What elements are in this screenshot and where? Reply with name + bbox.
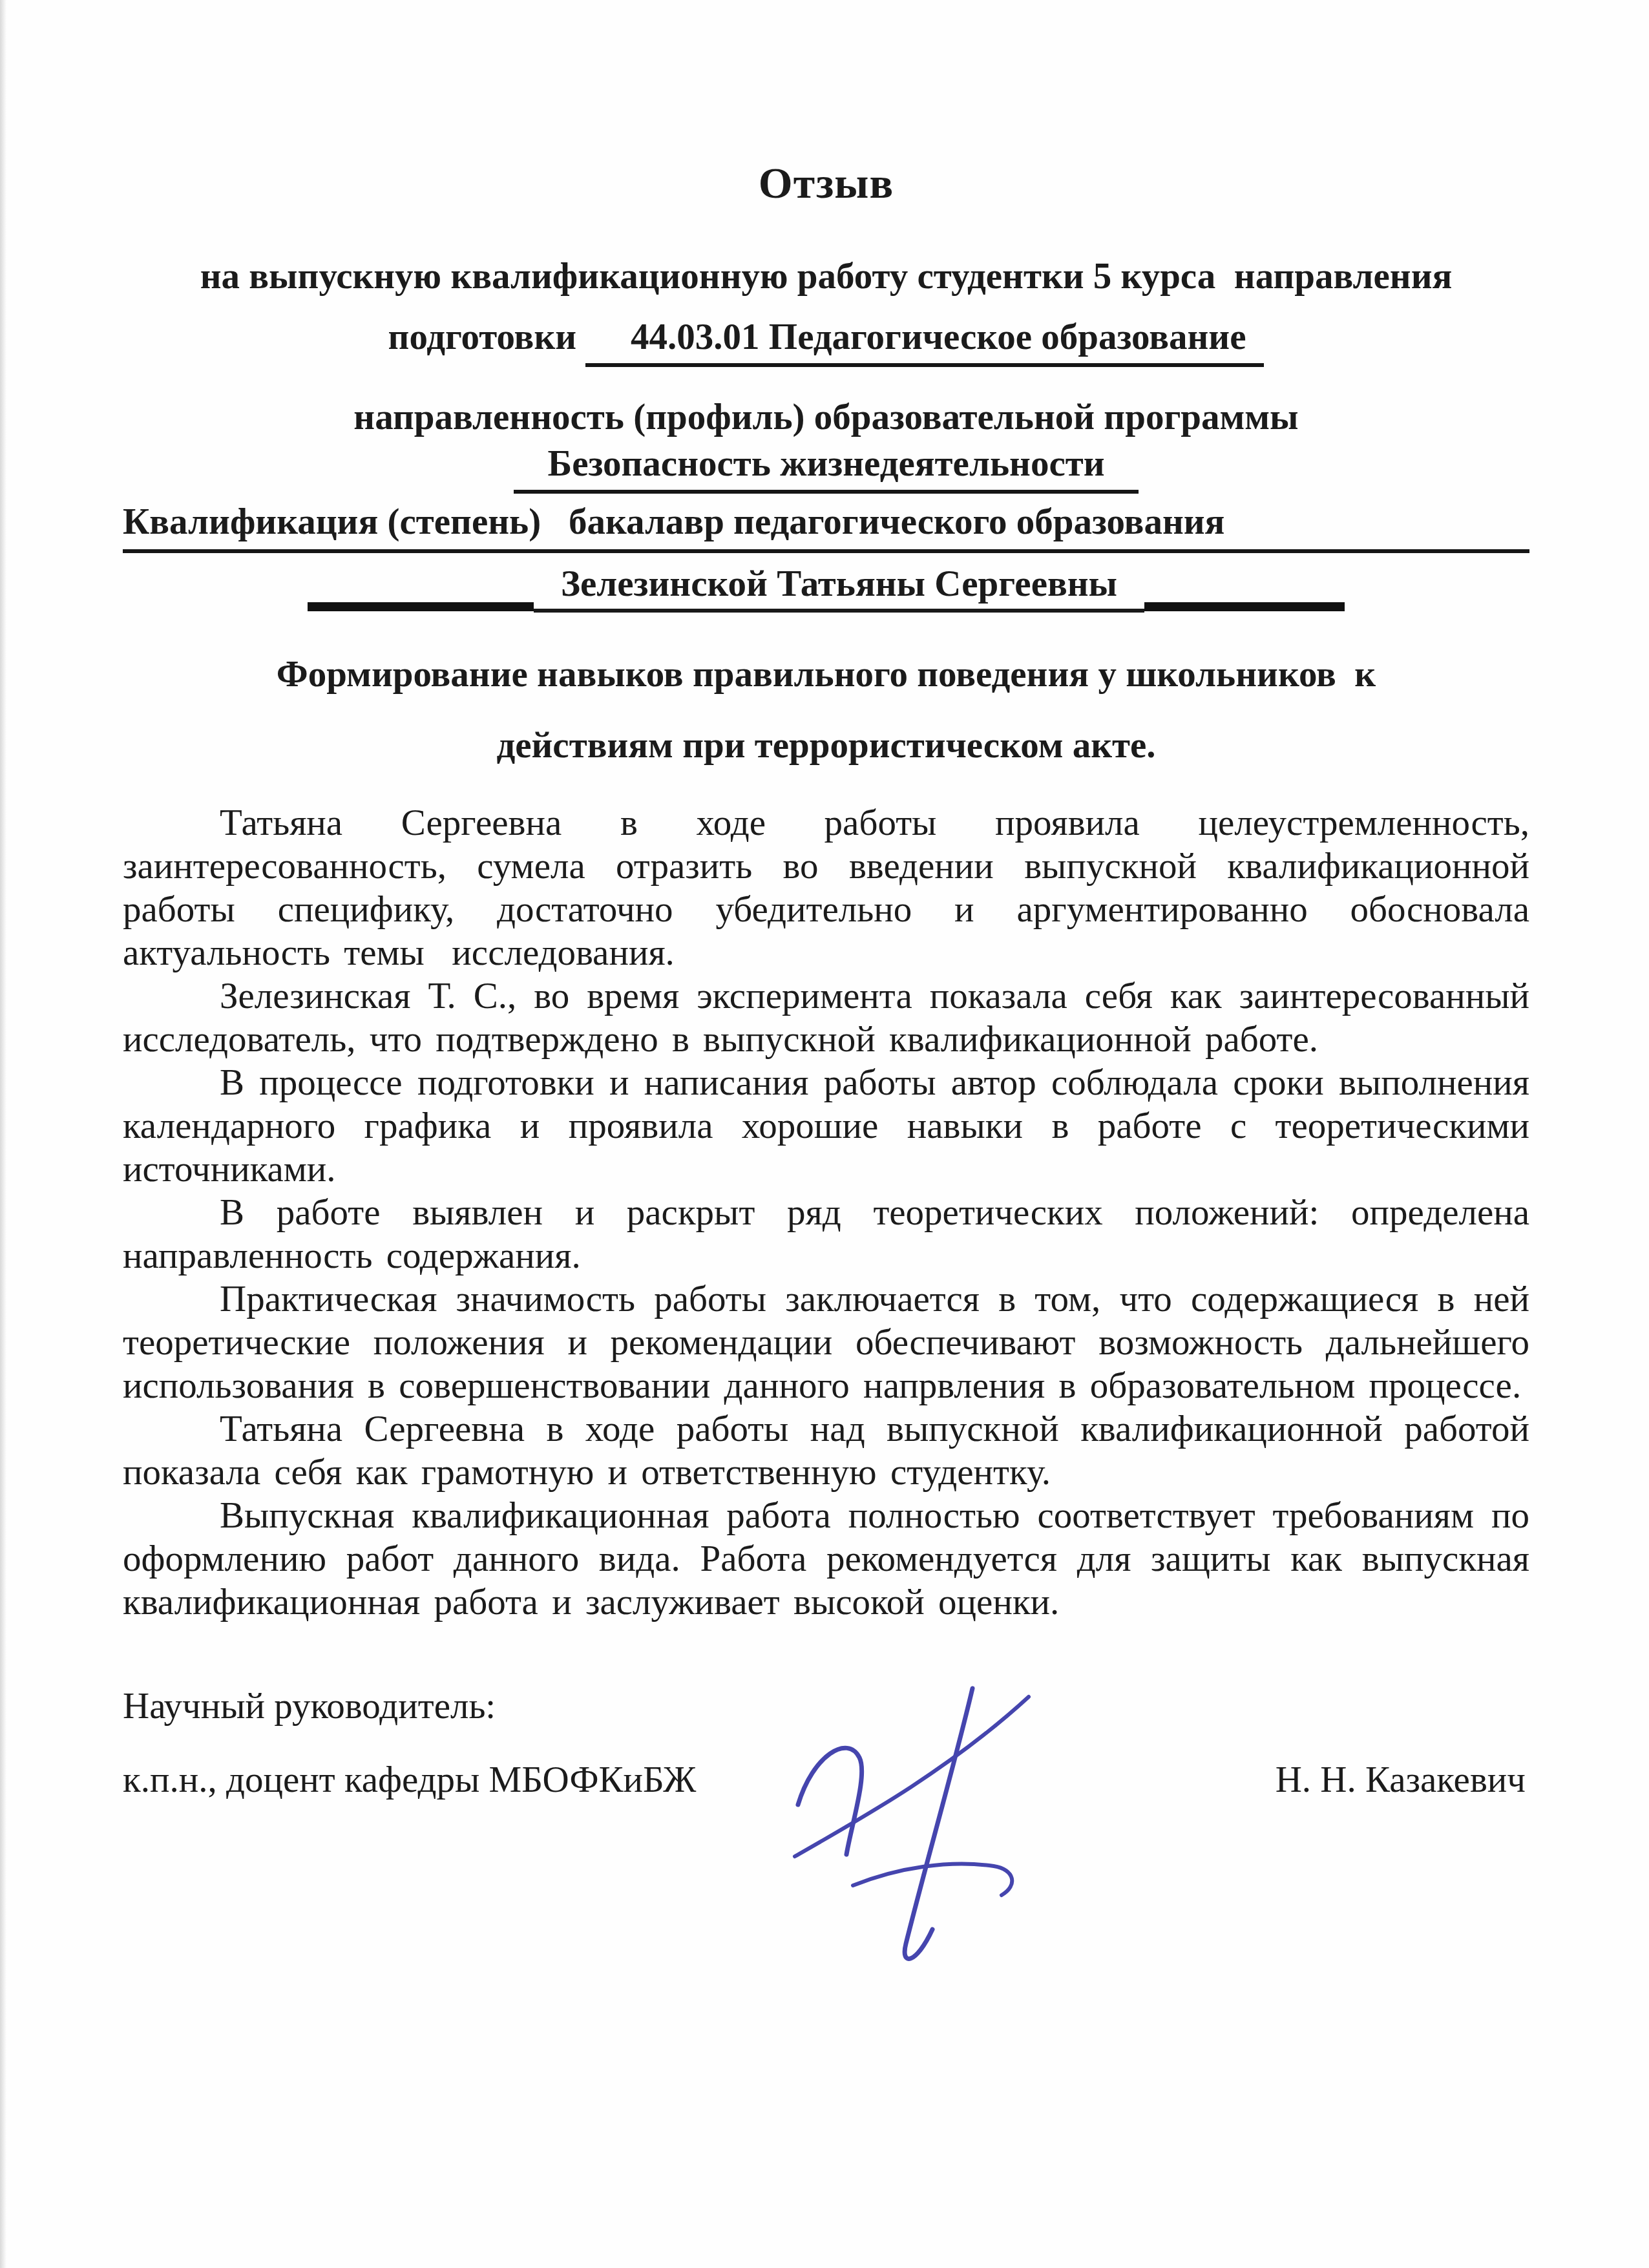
signature-stroke — [853, 1864, 1012, 1895]
supervisor-position: к.п.н., доцент кафедры МБОФКиБЖ — [123, 1759, 696, 1801]
document-title: Отзыв — [123, 160, 1529, 205]
signature-row: к.п.н., доцент кафедры МБОФКиБЖ Н. Н. Ка… — [123, 1759, 1529, 1801]
signature-stroke — [905, 1688, 972, 1958]
paragraph: В работе выявлен и раскрыт ряд теоретиче… — [123, 1191, 1529, 1277]
subtitle-line-1: на выпускную квалификационную работу сту… — [123, 256, 1529, 297]
work-title-line-1: Формирование навыков правильного поведен… — [123, 654, 1529, 695]
signature-block: Научный руководитель: к.п.н., доцент каф… — [123, 1686, 1529, 1801]
paragraph: Татьяна Сергеевна в ходе работы проявила… — [123, 801, 1529, 974]
qualification-line: Квалификация (степень) бакалавр педагоги… — [123, 501, 1529, 553]
student-name-line: Зелезинской Татьяны Сергеевны — [123, 563, 1529, 613]
program-code-underlined: 44.03.01 Педагогическое образование — [585, 317, 1264, 367]
document-page: Отзыв на выпускную квалификационную рабо… — [0, 0, 1649, 2268]
underscore-bar-left — [308, 602, 534, 611]
paragraph: Выпускная квалификационная работа полнос… — [123, 1494, 1529, 1624]
signature-stroke — [798, 1748, 862, 1854]
paragraph: Зелезинская Т. С., во время эксперимента… — [123, 974, 1529, 1061]
student-name: Зелезинской Татьяны Сергеевны — [534, 563, 1144, 613]
underscore-bar-right — [1144, 602, 1345, 611]
subtitle-prefix: подготовки — [388, 317, 577, 357]
subtitle-line-2: подготовки44.03.01 Педагогическое образо… — [123, 317, 1529, 367]
work-title-line-2: действиям при террористическом акте. — [123, 725, 1529, 766]
profile-value-underlined: Безопасность жизнедеятельности — [514, 443, 1138, 494]
supervisor-label: Научный руководитель: — [123, 1686, 1529, 1727]
profile-value-line: Безопасность жизнедеятельности — [123, 443, 1529, 494]
paragraph: В процессе подготовки и написания работы… — [123, 1061, 1529, 1191]
profile-label: направленность (профиль) образовательной… — [123, 397, 1529, 438]
review-body: Татьяна Сергеевна в ходе работы проявила… — [123, 801, 1529, 1624]
supervisor-name: Н. Н. Казакевич — [1276, 1759, 1526, 1801]
paragraph: Татьяна Сергеевна в ходе работы над выпу… — [123, 1407, 1529, 1494]
paragraph: Практическая значимость работы заключает… — [123, 1277, 1529, 1407]
